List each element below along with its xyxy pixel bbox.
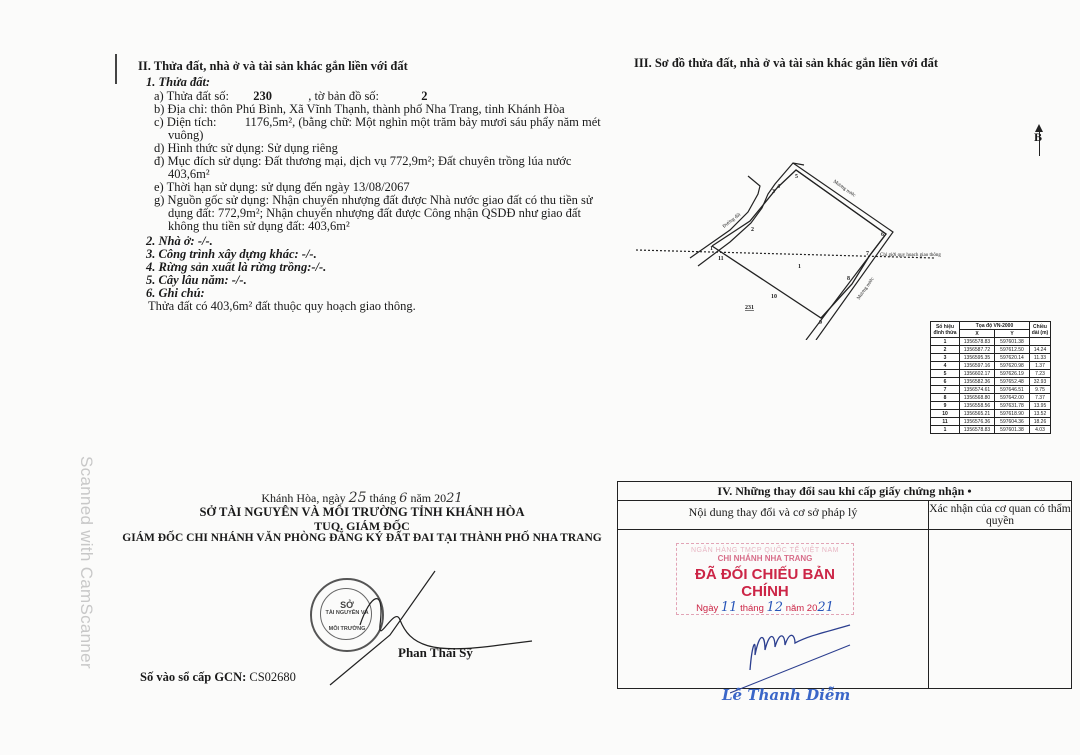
section-land-info: II. Thửa đất, nhà ở và tài sản khác gắn … — [138, 59, 601, 313]
svg-text:1: 1 — [710, 246, 713, 252]
svg-text:1: 1 — [798, 264, 801, 270]
bank-verification-stamp: NGÂN HÀNG TMCP QUỐC TẾ VIỆT NAM CHI NHÁN… — [676, 543, 854, 615]
svg-text:3: 3 — [772, 189, 775, 195]
north-label: B — [1034, 130, 1042, 145]
scanner-watermark: Scanned with CamScanner — [76, 456, 96, 669]
svg-text:9: 9 — [819, 320, 822, 326]
coord-row: 81356568.80597642.007.37 — [931, 394, 1051, 402]
signing-month: 6 — [399, 491, 407, 506]
coord-row: 11356578.83597601.38 — [931, 338, 1051, 346]
authority-confirmation-header: Xác nhận của cơ quan có thẩm quyền — [928, 501, 1071, 531]
coord-row: 11356578.83597601.384.03 — [931, 426, 1051, 434]
parcel-number: 230 — [253, 89, 272, 103]
svg-text:5: 5 — [795, 174, 798, 180]
svg-text:231: 231 — [745, 305, 754, 311]
coord-row: 41356597.16597620.981.37 — [931, 362, 1051, 370]
coord-row: 91356558.56597631.7813.95 — [931, 402, 1051, 410]
svg-text:Chỉ giới quy hoạch giao thông: Chỉ giới quy hoạch giao thông — [880, 253, 941, 258]
area-line: c) Diện tích: 1176,5m², (bằng chữ: Một n… — [138, 116, 601, 129]
section-2-title: II. Thửa đất, nhà ở và tài sản khác gắn … — [138, 59, 601, 74]
svg-text:7: 7 — [866, 251, 869, 257]
signing-date: Khánh Hòa, ngày 25 tháng 6 năm 2021 — [122, 490, 602, 506]
svg-text:8: 8 — [847, 276, 850, 282]
coord-row: 21356587.72597612.5014.24 — [931, 346, 1051, 354]
verifier-name: Lê Thanh Diễm — [722, 686, 850, 704]
signer-name: Phan Thái Sỹ — [398, 645, 473, 661]
parcel-diagram: 1 2 3 4 5 6 7 8 9 10 11 1 231 Đường đất … — [630, 150, 950, 340]
section-3-title: III. Sơ đồ thửa đất, nhà ở và tài sản kh… — [634, 56, 938, 71]
coordinate-table: Số hiệu đỉnh thửa Tọa độ VN-2000 Chiều d… — [930, 321, 1051, 434]
svg-text:10: 10 — [771, 294, 777, 300]
coord-row: 31356595.35597620.1411.33 — [931, 354, 1051, 362]
branch-director-title: GIÁM ĐỐC CHI NHÁNH VĂN PHÒNG ĐĂNG KÝ ĐẤT… — [122, 532, 602, 544]
svg-text:11: 11 — [718, 256, 724, 262]
note-text: Thửa đất có 403,6m² đất thuộc quy hoạch … — [138, 300, 601, 313]
signing-day: 25 — [349, 490, 367, 506]
svg-text:4: 4 — [777, 184, 780, 190]
land-heading: 1. Thửa đất: — [138, 75, 601, 90]
agency-name: SỞ TÀI NGUYÊN VÀ MÔI TRƯỜNG TỈNH KHÁNH H… — [122, 505, 602, 520]
change-content-header: Nội dung thay đổi và cơ sở pháp lý — [618, 501, 928, 529]
coord-row: 111356576.36597604.3618.26 — [931, 418, 1051, 426]
coord-row: 61356582.36597652.4832.93 — [931, 378, 1051, 386]
director-signature — [300, 565, 540, 695]
margin-rule — [115, 54, 117, 84]
svg-text:2: 2 — [751, 227, 754, 233]
svg-text:6: 6 — [881, 232, 884, 238]
coord-row: 101356565.21597618.9013.52 — [931, 410, 1051, 418]
registry-number: Số vào sổ cấp GCN: CS02680 — [140, 670, 296, 685]
section-4-title: IV. Những thay đổi sau khi cấp giấy chứn… — [618, 482, 1071, 501]
perennial-item: 5. Cây lâu năm: -/-. — [138, 274, 601, 287]
coord-row: 51356602.17597626.197.23 — [931, 370, 1051, 378]
map-sheet-number: 2 — [421, 89, 427, 103]
coord-row: 71356574.61597646.519.75 — [931, 386, 1051, 394]
verifier-signature — [730, 615, 860, 695]
area-value: 1176,5m², (bằng chữ: Một nghìn một trăm … — [245, 115, 601, 129]
svg-text:Mương nước: Mương nước — [832, 180, 857, 200]
